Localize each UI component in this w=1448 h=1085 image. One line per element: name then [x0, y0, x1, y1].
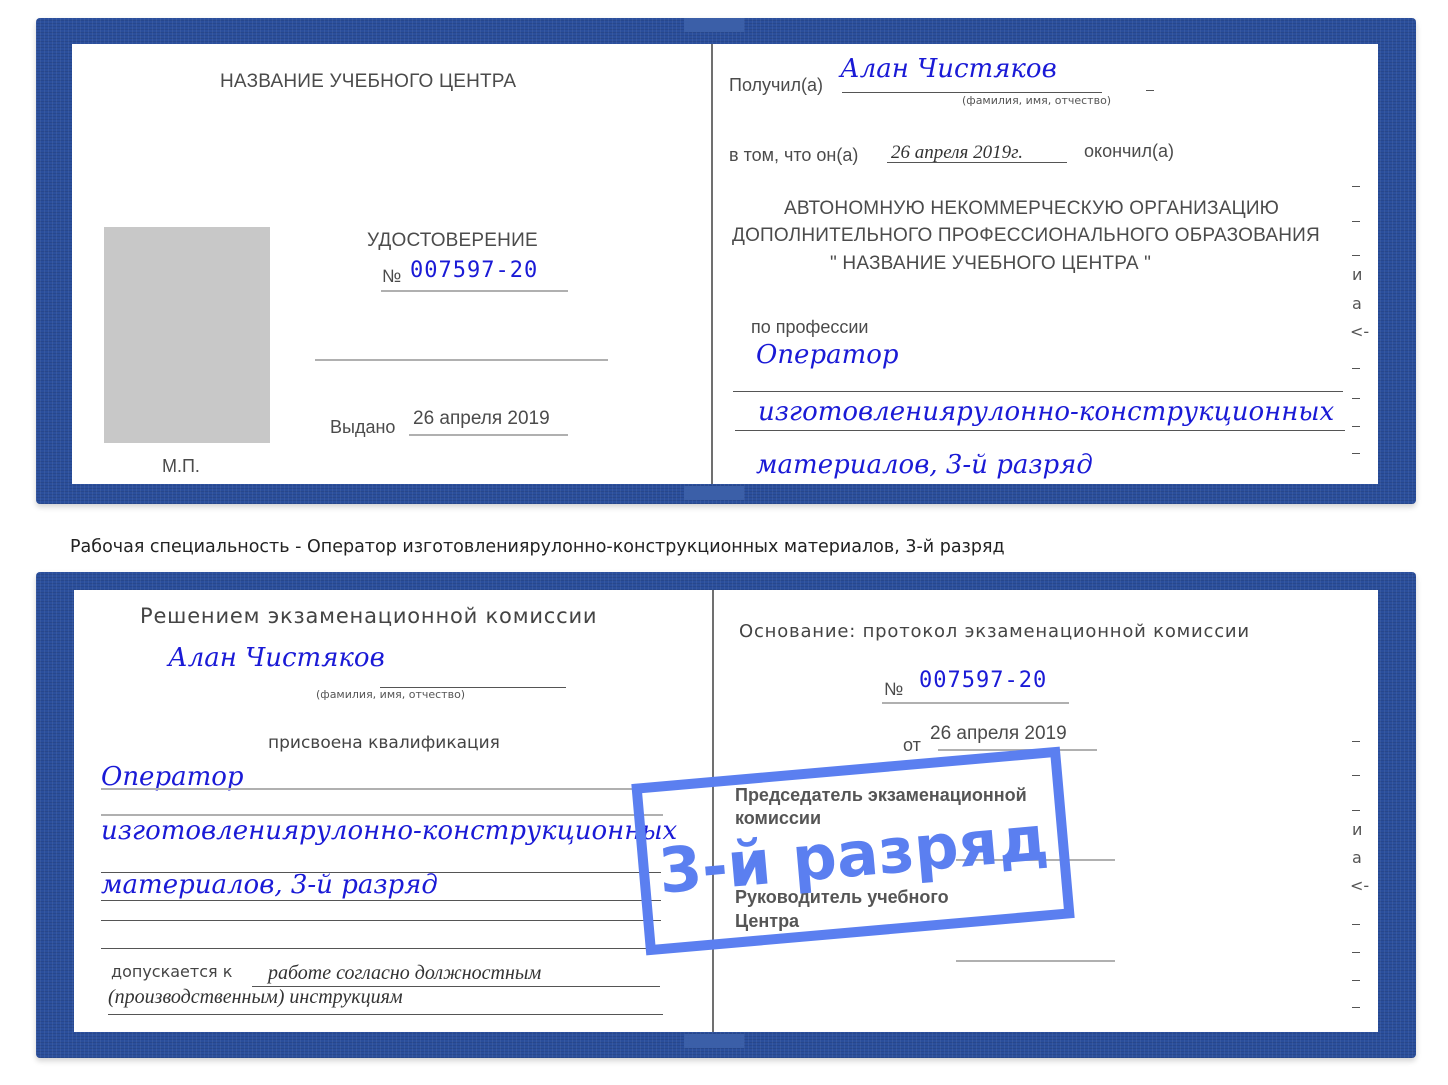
admitted-underline-2 [108, 1014, 663, 1015]
spine-knot-top [684, 18, 744, 32]
edge-dash [1352, 924, 1360, 925]
stamp-place: М.П. [162, 456, 200, 477]
organization-line-2: ДОПОЛНИТЕЛЬНОГО ПРОФЕССИОНАЛЬНОГО ОБРАЗО… [732, 225, 1320, 247]
edge-dash [1352, 255, 1360, 256]
admitted-line-1: работе согласно должностным [268, 962, 541, 985]
grade-stamp-text: 3-й разряд [642, 757, 1064, 944]
qualification-underline-4 [101, 900, 661, 901]
admitted-line-2: (производственным) инструкциям [108, 986, 403, 1009]
edge-dash [1352, 1007, 1360, 1008]
org-name: НАЗВАНИЕ УЧЕБНОГО ЦЕНТРА [220, 71, 516, 93]
profession-underline-2 [735, 430, 1345, 431]
issued-date: 26 апреля 2019 [413, 408, 550, 430]
edge-mark: и [1352, 265, 1362, 284]
protocol-number-prefix: № [884, 679, 903, 700]
profession-line-3: материалов, 3-й разряд [756, 450, 1093, 480]
number-underline [381, 290, 568, 292]
name-underline [842, 92, 1102, 93]
spine-top [711, 44, 713, 484]
edge-dash [1352, 186, 1360, 187]
recipient-name: Алан Чистяков [840, 54, 1057, 84]
edge-mark: а [1352, 294, 1362, 313]
edge-dash [1352, 221, 1360, 222]
signature-line [315, 359, 608, 361]
completion-date-underline [887, 162, 1067, 163]
recipient-name-bottom: Алан Чистяков [168, 643, 385, 673]
edge-dash [1352, 453, 1360, 454]
completion-date: 26 апреля 2019г. [891, 142, 1023, 164]
qualification-label: присвоена квалификация [268, 733, 500, 753]
edge-dash [1352, 741, 1360, 742]
from-label: от [903, 735, 921, 756]
qualification-line-2: изготовлениярулонно-конструкционных [101, 816, 677, 846]
qualification-underline-5 [101, 920, 661, 921]
issued-label: Выдано [330, 417, 395, 438]
edge-mark: <- [1350, 322, 1369, 341]
that-label: в том, что он(а) [729, 145, 858, 166]
specialty-caption: Рабочая специальность - Оператор изготов… [70, 532, 1130, 562]
certificate-number: 007597-20 [410, 258, 538, 283]
spine-knot-top-bottom [684, 486, 744, 500]
organization-line-1: АВТОНОМНУЮ НЕКОММЕРЧЕСКУЮ ОРГАНИЗАЦИЮ [784, 198, 1279, 220]
edge-dash [1352, 398, 1360, 399]
basis-heading: Основание: протокол экзаменационной коми… [739, 621, 1250, 642]
completed-label: окончил(а) [1084, 141, 1174, 162]
protocol-date: 26 апреля 2019 [930, 723, 1067, 745]
doc-title: УДОСТОВЕРЕНИЕ [367, 230, 538, 252]
decision-heading: Решением экзаменационной комиссии [140, 604, 597, 628]
edge-dash [1352, 810, 1360, 811]
director-signature-line [956, 960, 1115, 962]
name-hint: (фамилия, имя, отчество) [962, 94, 1111, 107]
qualification-underline-6 [101, 948, 661, 949]
edge-dash [1146, 90, 1154, 91]
organization-line-3: " НАЗВАНИЕ УЧЕБНОГО ЦЕНТРА " [830, 253, 1151, 275]
name-hint-bottom: (фамилия, имя, отчество) [316, 688, 465, 701]
edge-dash [1352, 426, 1360, 427]
profession-underline-1 [733, 391, 1343, 392]
profession-label: по профессии [751, 317, 868, 338]
qualification-line-3: материалов, 3-й разряд [101, 870, 438, 900]
edge-mark: а [1352, 848, 1362, 867]
photo-placeholder [104, 227, 270, 443]
spine-knot-bottom [684, 1034, 744, 1048]
protocol-number-underline [882, 702, 1069, 704]
edge-dash [1352, 775, 1360, 776]
edge-dash [1352, 368, 1360, 369]
edge-mark: и [1352, 820, 1362, 839]
edge-mark: <- [1350, 876, 1369, 895]
edge-dash [1352, 952, 1360, 953]
received-label: Получил(а) [729, 75, 823, 96]
number-prefix: № [382, 266, 401, 287]
protocol-number: 007597-20 [919, 668, 1047, 693]
profession-line-2: изготовлениярулонно-конструкционных [758, 397, 1334, 427]
edge-dash [1352, 980, 1360, 981]
qualification-underline-1 [101, 788, 663, 790]
issued-date-underline [409, 434, 568, 436]
admitted-label: допускается к [111, 962, 232, 981]
profession-line-1: Оператор [756, 340, 899, 370]
